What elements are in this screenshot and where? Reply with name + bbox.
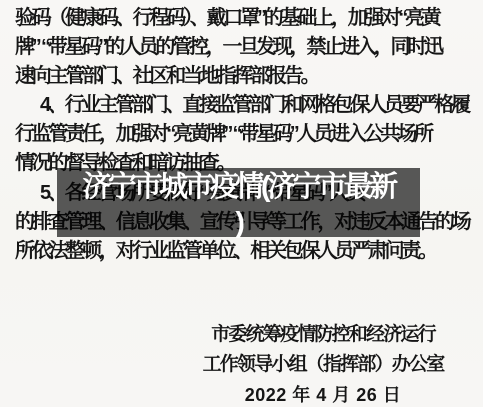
document-photo: 验码（健康码、行程码）、戴口罩”的基础上，加强对“亮黄 牌” “带星码”的人员的… — [0, 0, 483, 407]
document-line: 验码（健康码、行程码）、戴口罩”的基础上，加强对“亮黄 — [15, 7, 439, 30]
signature-org-line2: 工作领导小组（指挥部）办公室 — [200, 350, 446, 380]
signature-org-line1: 市委统筹疫情防控和经济运行 — [200, 320, 446, 350]
document-line-item-4: 4、行业主管部门、直接监管部门和网格包保人员要严格履 — [40, 94, 468, 117]
document-line: 牌” “带星码”的人员的管控，一旦发现，禁止进入，同时迅 — [15, 36, 441, 59]
document-line: 速向主管部门、社区和当地指挥部报告。 — [15, 65, 317, 88]
document-line: 行监管责任，加强对“亮黄牌” “带星码”人员进入公共场所 — [15, 123, 431, 146]
signature-date: 2022 年 4 月 26 日 — [200, 380, 446, 407]
article-title-overlay: 济宁市城市疫情(济宁市最新 ) — [57, 169, 420, 241]
article-title-line1: 济宁市城市疫情(济宁市最新 — [57, 169, 420, 205]
article-title-line2: ) — [57, 205, 420, 241]
document-line: 所依法整顿，对行业监管单位、相关包保人员严肃问责。 — [15, 240, 435, 263]
signature-block: 市委统筹疫情防控和经济运行 工作领导小组（指挥部）办公室 2022 年 4 月 … — [200, 320, 446, 407]
